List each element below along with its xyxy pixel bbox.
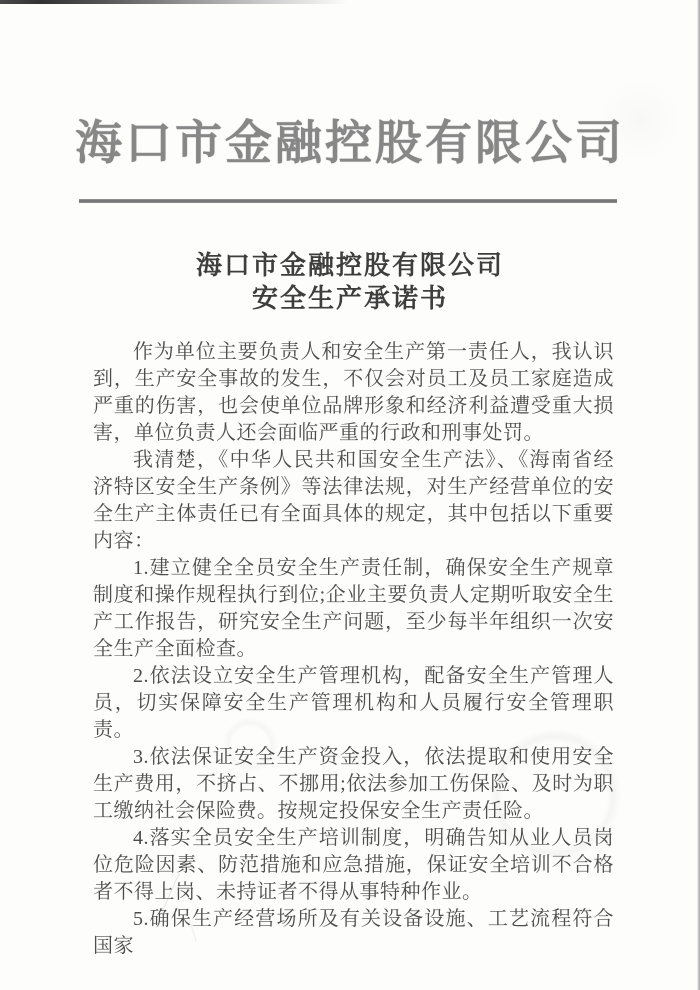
body-paragraph-laws: 我清楚，《中华人民共和国安全生产法》、《海南省经济特区安全生产条例》等法律法规，… xyxy=(93,447,614,555)
scan-smudge-top-edge xyxy=(0,0,348,4)
scanned-page: 海口市金融控股有限公司 海口市金融控股有限公司 安全生产承诺书 作为单位主要负责… xyxy=(0,0,700,990)
body-paragraph-item-3: 3.依法保证安全生产资金投入，依法提取和使用安全生产费用，不挤占、不挪用;依法参… xyxy=(93,744,614,825)
document-title-line-2: 安全生产承诺书 xyxy=(0,282,700,315)
letterhead-company-name: 海口市金融控股有限公司 xyxy=(0,106,700,173)
document-body: 作为单位主要负责人和安全生产第一责任人，我认识到，生产安全事故的发生，不仅会对员… xyxy=(93,339,614,960)
document-title: 海口市金融控股有限公司 安全生产承诺书 xyxy=(0,249,700,315)
letterhead-divider-rule xyxy=(79,199,617,203)
document-title-line-1: 海口市金融控股有限公司 xyxy=(0,249,700,282)
body-paragraph-item-2: 2.依法设立安全生产管理机构，配备安全生产管理人员，切实保障安全生产管理机构和人… xyxy=(93,663,614,744)
body-paragraph-item-1: 1.建立健全全员安全生产责任制，确保安全生产规章制度和操作规程执行到位;企业主要… xyxy=(93,555,614,663)
body-paragraph-item-4: 4.落实全员安全生产培训制度，明确告知从业人员岗位危险因素、防范措施和应急措施，… xyxy=(93,825,614,906)
body-paragraph-item-5: 5.确保生产经营场所及有关设备设施、工艺流程符合国家 xyxy=(93,906,614,960)
body-paragraph-intro: 作为单位主要负责人和安全生产第一责任人，我认识到，生产安全事故的发生，不仅会对员… xyxy=(93,339,614,447)
